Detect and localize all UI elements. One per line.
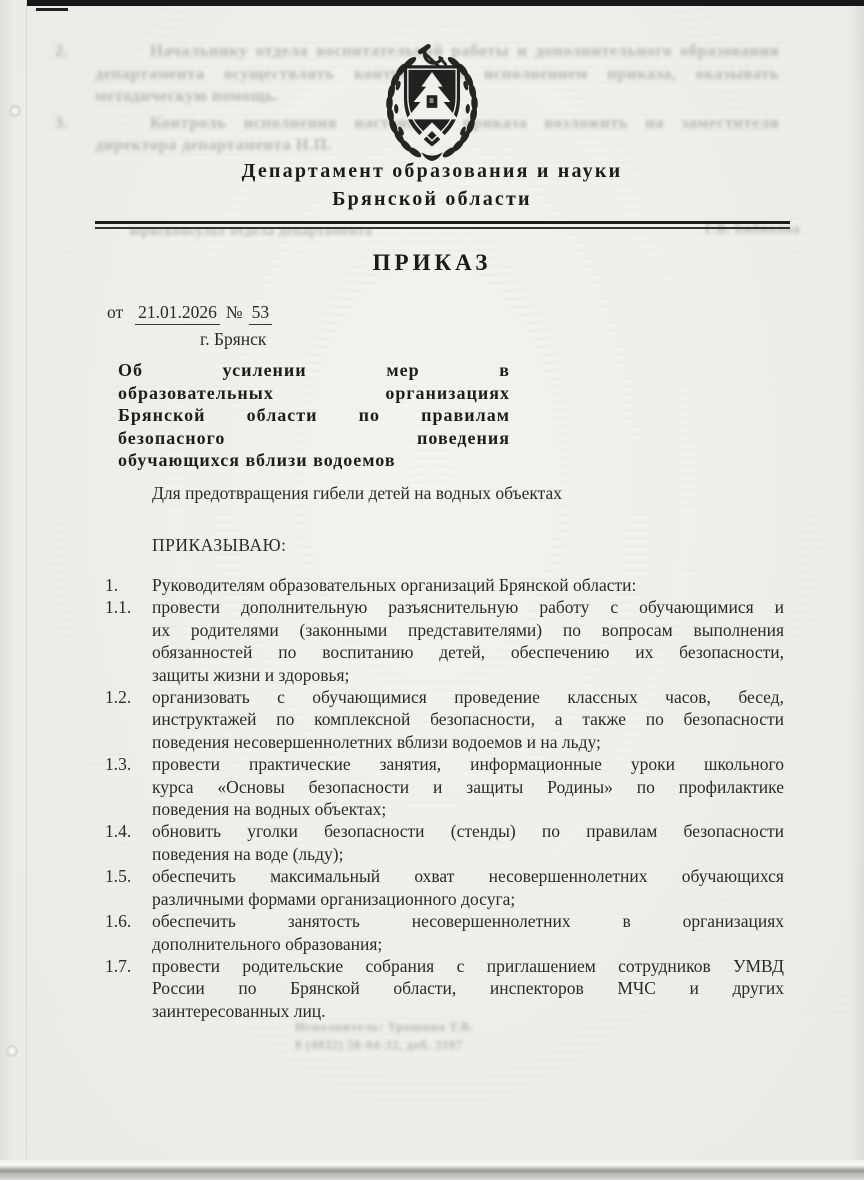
city-label: г. Брянск — [200, 329, 266, 350]
item-number: 1.2. — [105, 686, 152, 708]
subject-line: безопасного поведения — [118, 427, 510, 450]
order-items-list: 1. Руководителям образовательных организ… — [105, 574, 784, 1022]
item-line: провести дополнительную разъяснительную … — [152, 596, 784, 618]
item-number: 1.7. — [105, 955, 152, 977]
hole-punch — [6, 1045, 18, 1057]
subject-line: образовательных организациях — [118, 382, 510, 405]
item-line: поведения на воде (льду); — [152, 843, 784, 865]
order-item-1: 1. Руководителям образовательных организ… — [105, 574, 784, 596]
scan-top-edge-strip — [26, 0, 864, 6]
item-line: провести родительские собрания с приглаш… — [152, 955, 784, 977]
organization-name-line2: Брянской области — [0, 188, 864, 211]
document-type-title: ПРИКАЗ — [0, 250, 864, 276]
item-line: обновить уголки безопасности (стенды) по… — [152, 820, 784, 842]
date-number-line: от21.01.2026№53 — [107, 302, 272, 325]
scan-bottom-edge — [0, 1160, 864, 1180]
item-line: обеспечить максимальный охват несовершен… — [152, 865, 784, 887]
item-line: обеспечить занятость несовершеннолетних … — [152, 910, 784, 932]
item-number: 1.4. — [105, 820, 152, 842]
order-item-1-4: 1.4. обновить уголки безопасности (стенд… — [105, 820, 784, 865]
subject-line: обучающихся вблизи водоемов — [118, 449, 510, 472]
order-item-1-6: 1.6. обеспечить занятость несовершенноле… — [105, 910, 784, 955]
scanned-order-page: 2. Начальнику отдела воспитательной рабо… — [0, 0, 864, 1180]
bleedthrough-line: 8 (4832) 58-04-32, доб. 3107 — [295, 1036, 575, 1054]
document-date: 21.01.2026 — [135, 302, 220, 325]
subject-line: Об усилении мер в — [118, 359, 510, 382]
item-number: 1. — [105, 574, 152, 596]
item-line: провести практические занятия, информаци… — [152, 753, 784, 775]
intro-paragraph: Для предотвращения гибели детей на водны… — [118, 483, 784, 504]
item-line: поведения несовершеннолетних вблизи водо… — [152, 731, 784, 753]
item-line: обязанностей по воспитанию детей, обеспе… — [152, 641, 784, 663]
item-number: 1.3. — [105, 753, 152, 775]
item-line: России по Брянской области, инспекторов … — [152, 977, 784, 999]
item-line: Руководителям образовательных организаци… — [152, 574, 784, 596]
organization-name-line1: Департамент образования и науки — [0, 160, 864, 183]
bleedthrough-marker: 3. — [55, 112, 68, 135]
item-number: 1.6. — [105, 910, 152, 932]
order-item-1-7: 1.7. провести родительские собрания с пр… — [105, 955, 784, 1022]
item-number: 1.5. — [105, 865, 152, 887]
bryansk-coat-of-arms-icon — [374, 42, 490, 164]
bleedthrough-text-bottom: Исполнитель: Трошина Т.В. 8 (4832) 58-04… — [295, 1018, 575, 1054]
item-number: 1.1. — [105, 596, 152, 618]
scan-top-edge-mark — [36, 8, 68, 11]
order-item-1-5: 1.5. обеспечить максимальный охват несов… — [105, 865, 784, 910]
order-subject: Об усилении мер в образовательных органи… — [118, 359, 510, 472]
order-item-1-1: 1.1. провести дополнительную разъяснител… — [105, 596, 784, 686]
bleedthrough-marker: 2. — [55, 40, 68, 63]
item-line: инструктажей по комплексной безопасности… — [152, 708, 784, 730]
letterhead-rule — [95, 221, 790, 229]
item-line: защиты жизни и здоровья; — [152, 664, 784, 686]
date-prefix: от — [107, 302, 123, 322]
item-line: организовать с обучающимися проведение к… — [152, 686, 784, 708]
bleedthrough-line: директора департамента Н.П. — [95, 135, 332, 154]
item-line: дополнительного образования; — [152, 933, 784, 955]
item-line: курса «Основы безопасности и защиты Роди… — [152, 776, 784, 798]
number-sign: № — [226, 302, 243, 322]
item-line: поведения на водных объектах; — [152, 798, 784, 820]
order-word: ПРИКАЗЫВАЮ: — [152, 535, 286, 556]
order-item-1-3: 1.3. провести практические занятия, инфо… — [105, 753, 784, 820]
subject-line: Брянской области по правилам — [118, 404, 510, 427]
document-number: 53 — [249, 302, 273, 325]
coat-of-arms-emblem — [374, 42, 490, 169]
item-line: различными формами организационного досу… — [152, 888, 784, 910]
order-item-1-2: 1.2. организовать с обучающимися проведе… — [105, 686, 784, 753]
hammer-and-sickle-icon — [420, 46, 445, 66]
hole-punch — [9, 105, 21, 117]
item-line: заинтересованных лиц. — [152, 1000, 784, 1022]
item-line: их родителями (законными представителями… — [152, 619, 784, 641]
